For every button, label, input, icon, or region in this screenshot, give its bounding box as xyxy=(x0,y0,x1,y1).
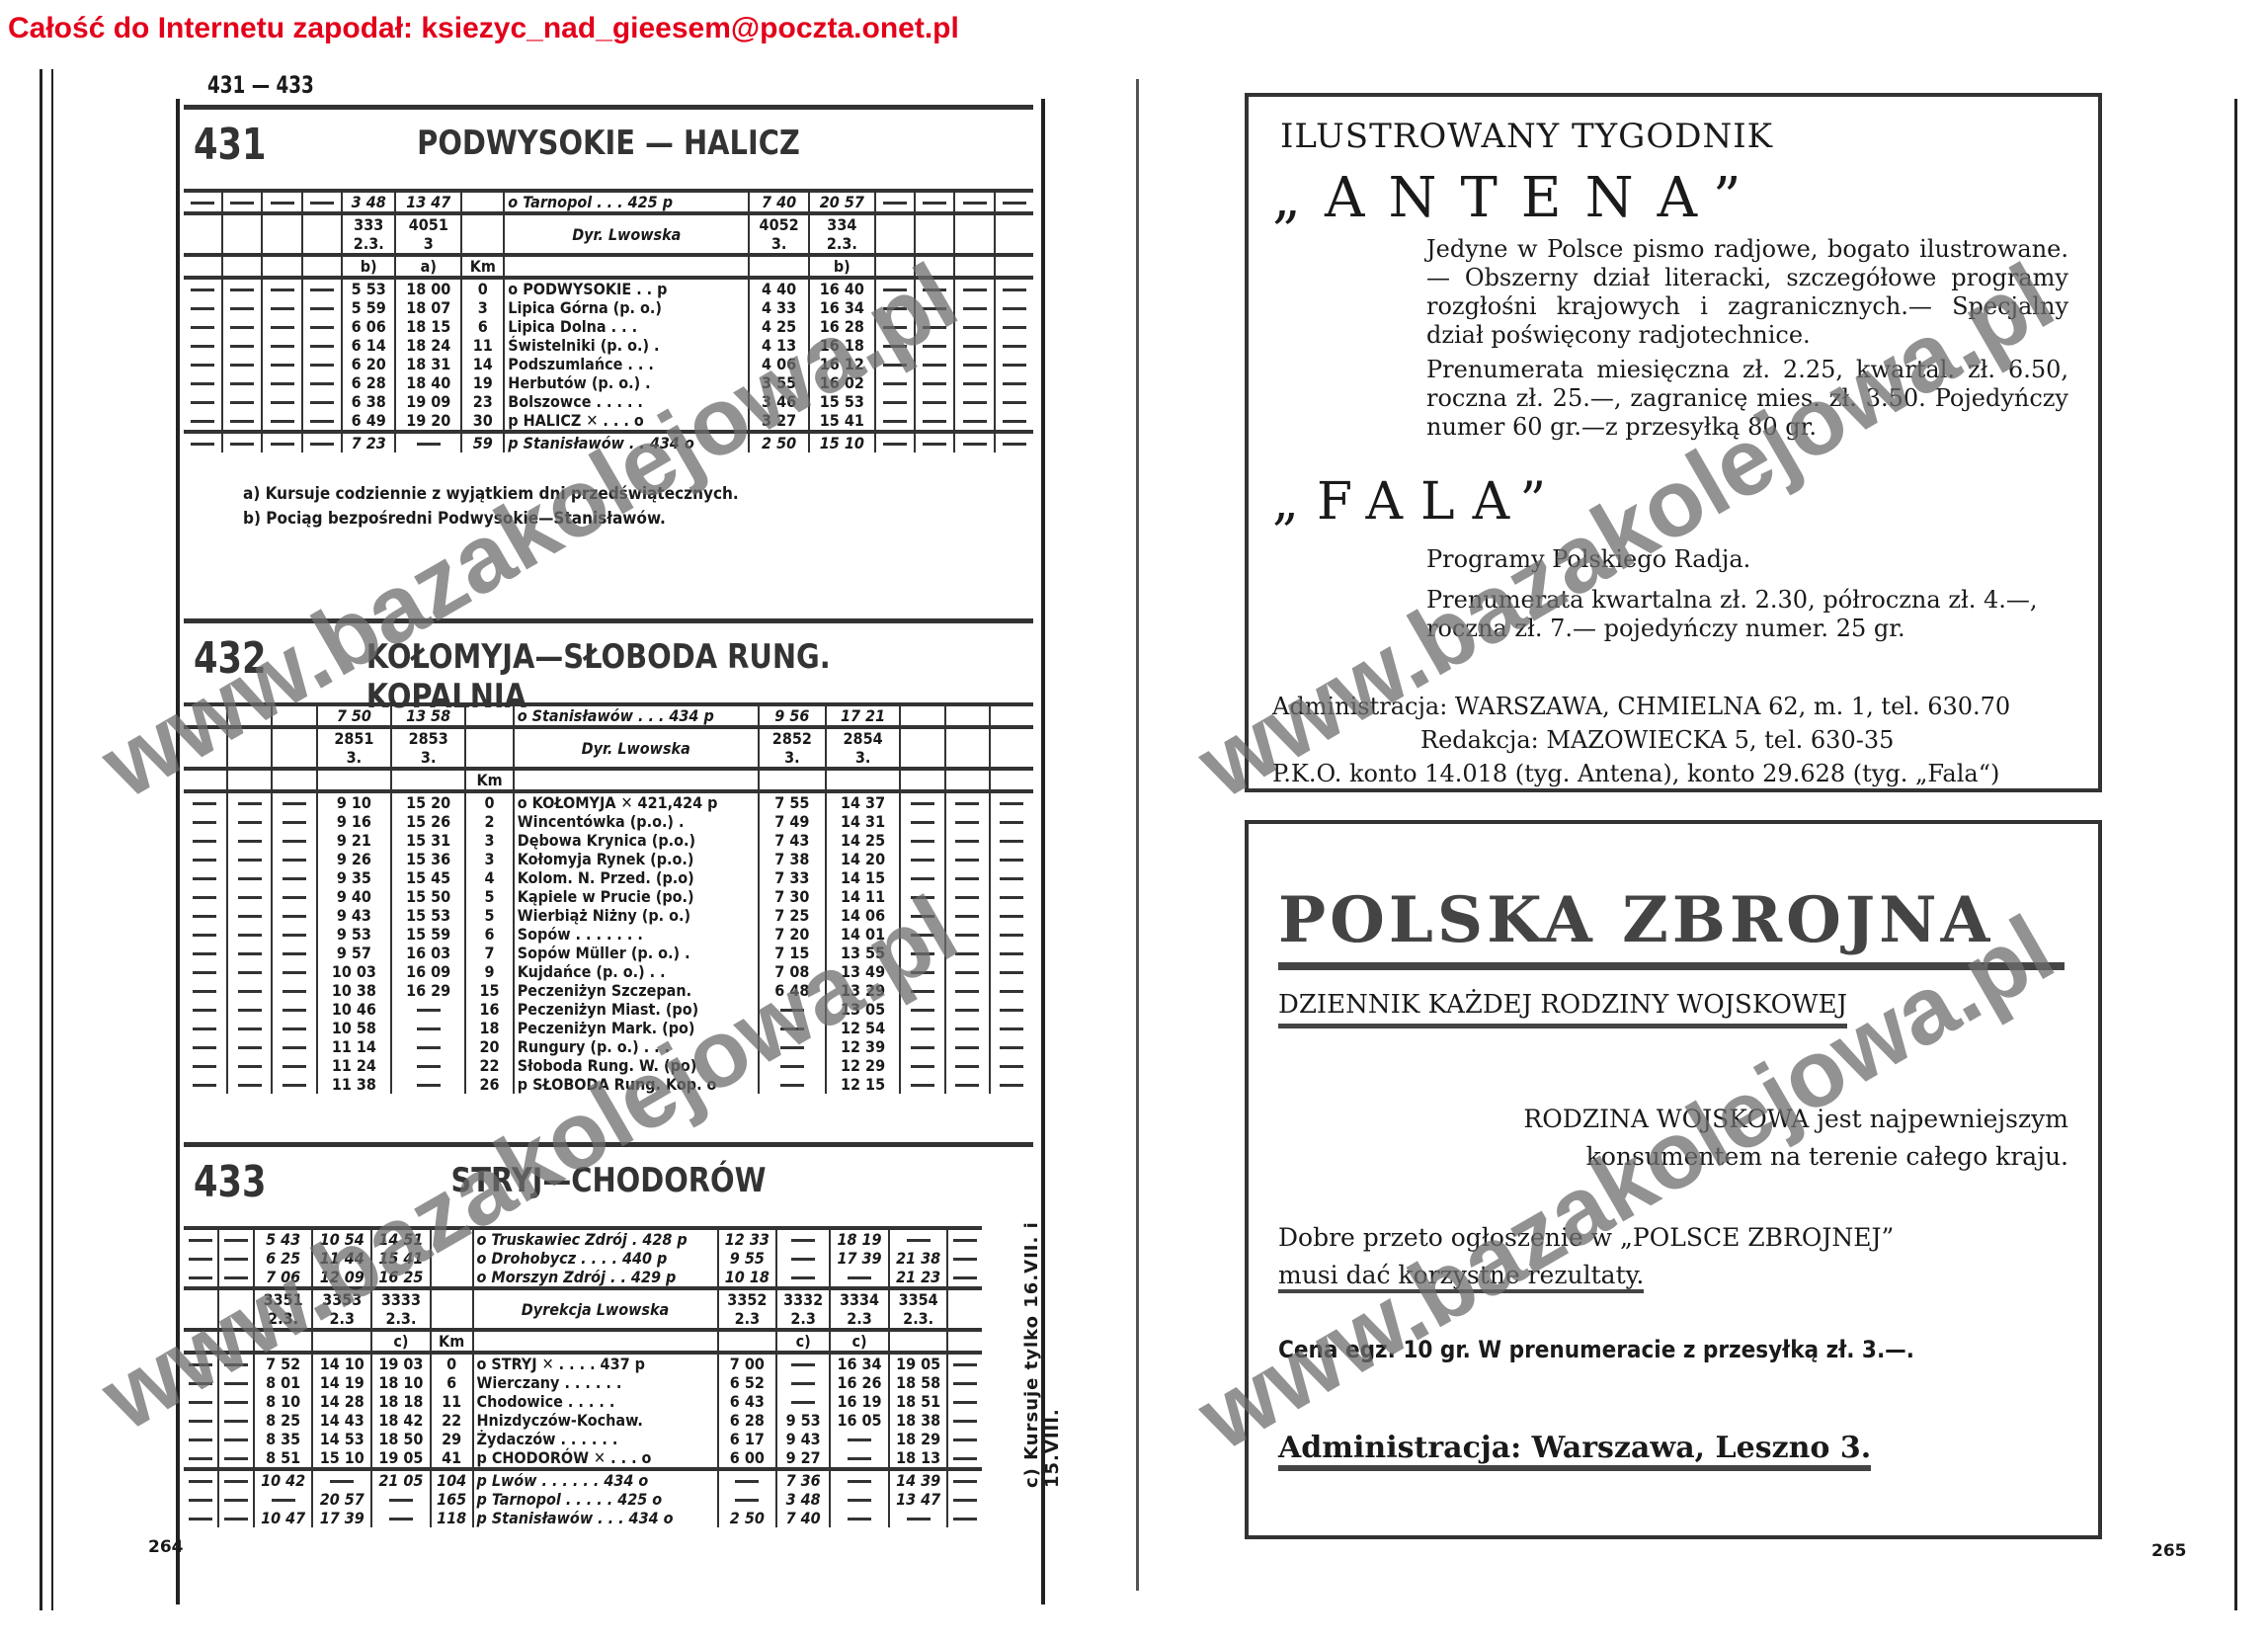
time-cell xyxy=(830,1490,889,1509)
dash-mark xyxy=(191,443,214,446)
time-cell xyxy=(272,1000,316,1019)
time-cell: b) xyxy=(809,255,875,278)
dash-mark xyxy=(191,401,214,404)
dash-mark xyxy=(883,420,907,423)
dash-mark xyxy=(911,877,934,880)
time-cell xyxy=(915,317,954,336)
time-cell xyxy=(900,962,944,981)
time-cell: 8 51 xyxy=(254,1448,313,1469)
time-cell xyxy=(431,1249,473,1268)
dash-mark xyxy=(963,202,987,205)
dash-mark xyxy=(230,443,254,446)
footnotes: a) Kursuje codziennie z wyjątkiem dni pr… xyxy=(184,452,1033,532)
time-cell xyxy=(391,1075,465,1094)
time-cell: 13 05 xyxy=(826,1000,900,1019)
station-cell: o Drohobycz . . . . 440 p xyxy=(473,1249,718,1268)
dash-mark xyxy=(238,1046,262,1049)
time-cell xyxy=(184,769,227,791)
dash-mark xyxy=(230,326,254,329)
time-cell xyxy=(302,411,342,432)
time-cell xyxy=(227,791,272,812)
dash-mark xyxy=(883,326,907,329)
time-cell xyxy=(759,1000,826,1019)
dash-mark xyxy=(955,859,979,862)
time-cell: 19 05 xyxy=(889,1353,948,1373)
time-cell xyxy=(990,850,1033,868)
route-title: STRYJ—CHODORÓW xyxy=(248,1161,970,1200)
time-cell: 10 58 xyxy=(317,1019,391,1037)
time-cell xyxy=(990,962,1033,981)
dash-mark xyxy=(283,971,306,974)
time-cell xyxy=(262,278,301,298)
pko-accounts: P.K.O. konto 14.018 (tyg. Antena), konto… xyxy=(1272,757,2082,790)
time-cell xyxy=(947,1509,982,1527)
dash-mark xyxy=(271,364,294,367)
dash-mark xyxy=(189,1480,212,1483)
time-cell: 3 46 xyxy=(749,392,809,411)
time-cell xyxy=(900,727,944,769)
time-cell xyxy=(915,392,954,411)
time-cell xyxy=(227,1037,272,1056)
time-cell xyxy=(915,298,954,317)
dash-mark xyxy=(848,1457,871,1460)
dash-mark xyxy=(1003,364,1026,367)
time-cell xyxy=(900,1037,944,1056)
time-cell: 20 xyxy=(465,1037,513,1056)
time-cell: 9 21 xyxy=(317,831,391,850)
dash-mark xyxy=(224,1518,248,1521)
time-cell: 2 50 xyxy=(718,1509,777,1527)
time-cell: 23 xyxy=(461,392,504,411)
dash-mark xyxy=(780,1009,804,1012)
ad-description: Jedyne w Polsce pismo radjowe, bogato il… xyxy=(1426,235,2068,350)
time-cell: 7 38 xyxy=(759,850,826,868)
dash-mark xyxy=(191,382,214,385)
dash-mark xyxy=(271,382,294,385)
footnote-b: b) Pociąg bezpośredni Podwysokie—Stanisł… xyxy=(243,507,1033,532)
dash-mark xyxy=(230,382,254,385)
time-cell: 10 46 xyxy=(317,1000,391,1019)
dash-mark xyxy=(238,896,262,899)
time-cell: 6 17 xyxy=(718,1430,777,1448)
time-cell: 33322.3 xyxy=(776,1288,830,1330)
dash-mark xyxy=(953,1363,977,1366)
time-cell: 10 18 xyxy=(718,1268,777,1288)
ad-tagline: DZIENNIK KAŻDEJ RODZINY WOJSKOWEJ xyxy=(1278,990,1847,1028)
time-cell: 9 xyxy=(465,962,513,981)
time-cell xyxy=(947,1469,982,1490)
time-cell xyxy=(718,1330,777,1353)
time-cell xyxy=(461,213,504,255)
time-cell xyxy=(227,868,272,887)
table-row: 3332.3.40513Dyr. Lwowska40523.3342.3. xyxy=(184,213,1033,255)
dash-mark xyxy=(271,401,294,404)
time-cell xyxy=(391,1037,465,1056)
time-cell xyxy=(272,868,316,887)
dash-mark xyxy=(417,1084,441,1087)
station-cell: Dębowa Krynica (p.o.) xyxy=(514,831,759,850)
time-cell xyxy=(272,769,316,791)
time-cell: 9 53 xyxy=(317,925,391,944)
time-cell: 16 18 xyxy=(809,336,875,355)
time-cell xyxy=(718,1469,777,1490)
time-cell: 19 03 xyxy=(371,1353,431,1373)
time-cell xyxy=(776,1392,830,1411)
time-cell xyxy=(900,906,944,925)
dash-mark xyxy=(283,877,306,880)
ad-brand: „ANTENA” xyxy=(1272,166,1765,230)
table-row: 10 4221 05104p Lwów . . . . . . 434 o7 3… xyxy=(184,1469,982,1490)
fala-subtitle: Programy Polskiego Radja. xyxy=(1426,545,2068,574)
table-row: 9 4015 505Kąpiele w Prucie (po.)7 3014 1… xyxy=(184,887,1033,906)
dash-mark xyxy=(189,1499,212,1502)
time-cell xyxy=(227,925,272,944)
time-cell: 5 xyxy=(465,906,513,925)
dash-mark xyxy=(848,1480,871,1483)
time-cell: 6 28 xyxy=(342,373,395,392)
time-cell: 18 10 xyxy=(371,1373,431,1392)
time-cell: 20 57 xyxy=(809,191,875,213)
time-cell xyxy=(954,255,994,278)
footnote-a: a) Kursuje codziennie z wyjątkiem dni pr… xyxy=(243,482,1033,507)
dash-mark xyxy=(955,896,979,899)
time-cell xyxy=(227,831,272,850)
dash-mark xyxy=(191,326,214,329)
time-cell xyxy=(184,962,227,981)
time-cell: 15 10 xyxy=(809,432,875,452)
time-cell xyxy=(184,727,227,769)
time-cell: 18 51 xyxy=(889,1392,948,1411)
time-cell xyxy=(184,791,227,812)
time-cell xyxy=(272,1019,316,1037)
station-cell: Wierczany . . . . . . xyxy=(473,1373,718,1392)
dash-mark xyxy=(911,915,934,918)
time-cell: 4 33 xyxy=(749,298,809,317)
time-cell xyxy=(776,1268,830,1288)
time-cell xyxy=(915,336,954,355)
time-cell: 4 06 xyxy=(749,355,809,373)
time-cell: 7 49 xyxy=(759,812,826,831)
time-cell: 22 xyxy=(465,1056,513,1075)
right-page: ILUSTROWANY TYGODNIK „ANTENA” Jedyne w P… xyxy=(1245,89,2134,1591)
time-cell xyxy=(222,255,262,278)
dash-mark xyxy=(417,1065,441,1068)
station-cell: Lipica Dolna . . . xyxy=(504,317,749,336)
time-cell xyxy=(900,1000,944,1019)
time-cell: 9 27 xyxy=(776,1448,830,1469)
time-cell xyxy=(995,255,1033,278)
dash-mark xyxy=(238,971,262,974)
time-cell: 7 43 xyxy=(759,831,826,850)
brand-underline xyxy=(1278,962,2065,970)
dash-mark xyxy=(1003,307,1026,310)
time-cell xyxy=(889,1330,948,1353)
station-cell: Peczeniżyn Mark. (po) xyxy=(514,1019,759,1037)
time-cell xyxy=(302,278,342,298)
time-cell xyxy=(262,191,301,213)
time-cell xyxy=(227,850,272,868)
time-cell xyxy=(184,1037,227,1056)
time-cell: 15 41 xyxy=(809,411,875,432)
time-cell: 3 xyxy=(465,831,513,850)
station-cell: Dyrekcja Lwowska xyxy=(473,1288,718,1330)
dash-mark xyxy=(1000,802,1023,805)
time-cell: 14 31 xyxy=(826,812,900,831)
time-cell xyxy=(947,1430,982,1448)
time-cell xyxy=(915,432,954,452)
time-cell xyxy=(889,1228,948,1249)
dash-mark xyxy=(189,1258,212,1261)
time-cell xyxy=(218,1448,254,1469)
time-cell xyxy=(945,831,990,850)
time-cell xyxy=(262,355,301,373)
time-cell: 12 15 xyxy=(826,1075,900,1094)
time-cell xyxy=(371,1509,431,1527)
dash-mark xyxy=(955,821,979,824)
dash-mark xyxy=(193,802,216,805)
time-cell: 14 37 xyxy=(826,791,900,812)
dash-mark xyxy=(923,420,946,423)
dash-mark xyxy=(1000,1009,1023,1012)
time-cell xyxy=(900,1019,944,1037)
dash-mark xyxy=(193,821,216,824)
dash-mark xyxy=(224,1457,248,1460)
dash-mark xyxy=(911,990,934,993)
time-cell xyxy=(995,191,1033,213)
time-cell xyxy=(227,1056,272,1075)
time-cell xyxy=(227,944,272,962)
time-cell xyxy=(945,1000,990,1019)
table-row: b)a)Kmb) xyxy=(184,255,1033,278)
dash-mark xyxy=(189,1438,212,1441)
time-cell xyxy=(995,373,1033,392)
dash-mark xyxy=(883,382,907,385)
time-cell: 15 59 xyxy=(391,925,465,944)
time-cell: 21 38 xyxy=(889,1249,948,1268)
time-cell: 16 12 xyxy=(809,355,875,373)
time-cell xyxy=(218,1430,254,1448)
fala-body: Programy Polskiego Radja. Prenumerata kw… xyxy=(1426,545,2068,643)
time-cell: 6 49 xyxy=(342,411,395,432)
time-cell xyxy=(222,191,262,213)
time-cell xyxy=(272,1037,316,1056)
dash-mark xyxy=(735,1480,759,1483)
time-cell xyxy=(395,432,461,452)
dash-mark xyxy=(911,1009,934,1012)
time-cell xyxy=(900,944,944,962)
dash-mark xyxy=(310,420,334,423)
timetable-432: 432 KOŁOMYJA—SŁOBODA RUNG. KOPALNIA 7 50… xyxy=(184,618,1033,1094)
dash-mark xyxy=(389,1499,413,1502)
dash-mark xyxy=(310,307,334,310)
time-cell: c) xyxy=(776,1330,830,1353)
time-cell xyxy=(954,317,994,336)
time-cell xyxy=(776,1228,830,1249)
time-cell xyxy=(900,850,944,868)
credit-banner: Całość do Internetu zapodał: ksiezyc_nad… xyxy=(8,12,959,45)
dash-mark xyxy=(953,1438,977,1441)
dash-mark xyxy=(193,1084,216,1087)
dash-mark xyxy=(283,915,306,918)
dash-mark xyxy=(883,443,907,446)
dash-mark xyxy=(224,1363,248,1366)
dash-mark xyxy=(230,401,254,404)
dash-mark xyxy=(923,202,946,205)
dash-mark xyxy=(955,952,979,955)
time-cell xyxy=(995,411,1033,432)
time-cell xyxy=(945,1056,990,1075)
time-cell: 11 44 xyxy=(312,1249,371,1268)
time-cell: 6 48 xyxy=(759,981,826,1000)
time-cell xyxy=(990,791,1033,812)
time-cell xyxy=(272,791,316,812)
table-row: 11 1420Rungury (p. o.) . . .12 39 xyxy=(184,1037,1033,1056)
time-cell xyxy=(947,1392,982,1411)
time-cell: 11 38 xyxy=(317,1075,391,1094)
station-cell: p Stanisławów . . 434 o xyxy=(504,432,749,452)
time-cell xyxy=(990,704,1033,727)
dash-mark xyxy=(1000,821,1023,824)
table-row: Km xyxy=(184,769,1033,791)
time-cell xyxy=(184,373,222,392)
table-row: 20 57165p Tarnopol . . . . . 425 o3 4813… xyxy=(184,1490,982,1509)
time-cell xyxy=(262,298,301,317)
station-cell: p HALICZ ✕ . . . o xyxy=(504,411,749,432)
time-cell xyxy=(184,392,222,411)
dash-mark xyxy=(911,859,934,862)
time-cell: 3 48 xyxy=(342,191,395,213)
dash-mark xyxy=(780,1027,804,1030)
left-page: 431 — 433 431 PODWYSOKIE — HALICZ 3 4813… xyxy=(168,65,1047,1587)
time-cell: 17 39 xyxy=(312,1509,371,1527)
table-row: 8 2514 4318 4222Hnizdyczów-Kochaw.6 289 … xyxy=(184,1411,982,1430)
station-cell: p Stanisławów . . . 434 o xyxy=(473,1509,718,1527)
dash-mark xyxy=(911,971,934,974)
time-cell: 14 xyxy=(461,355,504,373)
dash-mark xyxy=(193,859,216,862)
dash-mark xyxy=(193,896,216,899)
time-cell xyxy=(776,1353,830,1373)
time-cell xyxy=(990,1075,1033,1094)
route-title: PODWYSOKIE — HALICZ xyxy=(248,123,970,163)
table-row: 7 5214 1019 030o STRYJ ✕ . . . . 437 p7 … xyxy=(184,1353,982,1373)
station-cell: p SŁOBODA Rung. Kop. o xyxy=(514,1075,759,1094)
time-cell xyxy=(222,355,262,373)
dash-mark xyxy=(955,990,979,993)
time-cell xyxy=(262,373,301,392)
time-cell xyxy=(990,831,1033,850)
dash-mark xyxy=(310,326,334,329)
time-cell: 33512.3. xyxy=(254,1288,313,1330)
dash-mark xyxy=(193,971,216,974)
time-cell xyxy=(254,1330,313,1353)
dash-mark xyxy=(848,1276,871,1279)
ad-brand: POLSKA ZBROJNA xyxy=(1278,883,1993,957)
table-row: 9 2115 313Dębowa Krynica (p.o.)7 4314 25 xyxy=(184,831,1033,850)
dash-mark xyxy=(238,915,262,918)
time-cell: 18 13 xyxy=(889,1448,948,1469)
dash-mark xyxy=(238,1065,262,1068)
time-cell xyxy=(222,373,262,392)
dash-mark xyxy=(310,345,334,348)
dash-mark xyxy=(1000,934,1023,937)
time-cell: 14 25 xyxy=(826,831,900,850)
dash-mark xyxy=(953,1420,977,1423)
dash-mark xyxy=(389,1518,413,1521)
time-cell: 7 25 xyxy=(759,906,826,925)
time-cell xyxy=(184,925,227,944)
left-binding-edge xyxy=(40,69,42,1610)
time-cell xyxy=(826,769,900,791)
time-cell xyxy=(227,704,272,727)
dash-mark xyxy=(283,952,306,955)
dash-mark xyxy=(963,382,987,385)
time-cell xyxy=(954,411,994,432)
time-cell: 18 xyxy=(465,1019,513,1037)
time-cell xyxy=(184,278,222,298)
dash-mark xyxy=(271,288,294,291)
dash-mark xyxy=(923,326,946,329)
time-cell xyxy=(184,1411,218,1430)
dash-mark xyxy=(193,1065,216,1068)
dash-mark xyxy=(911,1084,934,1087)
time-cell xyxy=(990,925,1033,944)
time-cell: 3 xyxy=(465,850,513,868)
station-cell: Sopów Müller (p. o.) . xyxy=(514,944,759,962)
time-cell: 14 20 xyxy=(826,850,900,868)
time-cell xyxy=(945,981,990,1000)
time-cell: 14 10 xyxy=(312,1353,371,1373)
dash-mark xyxy=(955,1046,979,1049)
time-cell: 8 10 xyxy=(254,1392,313,1411)
time-cell xyxy=(218,1392,254,1411)
time-cell xyxy=(272,981,316,1000)
table-row: 9 1015 200o KOŁOMYJA ✕ 421,424 p7 5514 3… xyxy=(184,791,1033,812)
time-cell xyxy=(947,1373,982,1392)
dash-mark xyxy=(224,1438,248,1441)
time-cell: 10 38 xyxy=(317,981,391,1000)
table-row: 9 5315 596Sopów . . . . . . .7 2014 01 xyxy=(184,925,1033,944)
station-cell xyxy=(514,769,759,791)
table-row: 9 4315 535Wierbiąż Niżny (p. o.)7 2514 0… xyxy=(184,906,1033,925)
time-cell: 7 36 xyxy=(776,1469,830,1490)
time-cell xyxy=(184,1373,218,1392)
time-cell: 9 43 xyxy=(317,906,391,925)
time-cell xyxy=(900,769,944,791)
timetable-431: 431 PODWYSOKIE — HALICZ 3 4813 47o Tarno… xyxy=(184,105,1033,532)
ad-price: Cena egz. 10 gr. W prenumeracie z przesy… xyxy=(1278,1336,1914,1363)
time-cell: 6 28 xyxy=(718,1411,777,1430)
dash-mark xyxy=(230,202,254,205)
time-cell xyxy=(184,411,222,432)
dash-mark xyxy=(955,971,979,974)
time-cell: 16 29 xyxy=(391,981,465,1000)
dash-mark xyxy=(953,1518,977,1521)
time-cell: 15 10 xyxy=(312,1448,371,1469)
time-cell xyxy=(995,432,1033,452)
station-cell: Dyr. Lwowska xyxy=(514,727,759,769)
time-cell: 7 33 xyxy=(759,868,826,887)
time-cell: a) xyxy=(395,255,461,278)
table-row: 6 0618 156Lipica Dolna . . .4 2516 28 xyxy=(184,317,1033,336)
time-cell xyxy=(227,887,272,906)
dash-mark xyxy=(1003,326,1026,329)
dash-mark xyxy=(283,990,306,993)
time-cell xyxy=(759,1075,826,1094)
dash-mark xyxy=(907,1239,931,1242)
time-cell: 16 02 xyxy=(809,373,875,392)
dash-mark xyxy=(224,1499,248,1502)
